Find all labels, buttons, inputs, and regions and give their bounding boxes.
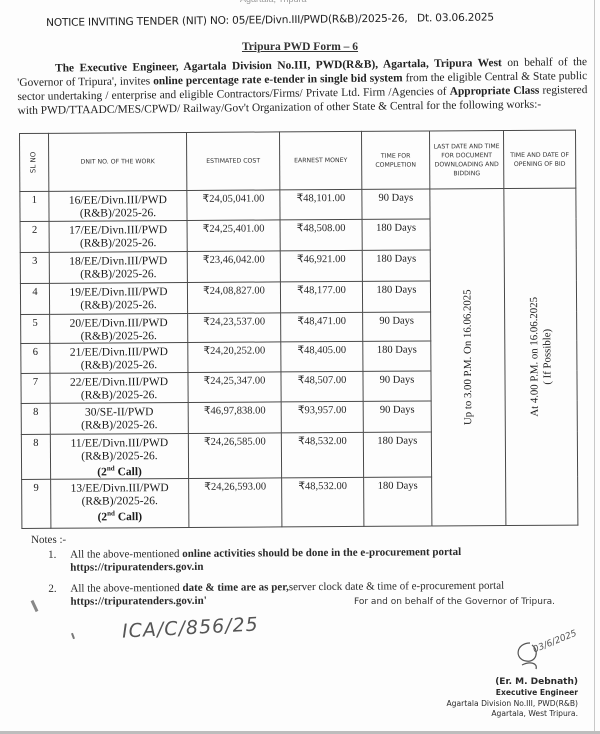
dnit-line: (R&B)/2025-26. xyxy=(51,495,188,508)
header-time-for-completion: TIME FOR COMPLETION xyxy=(361,131,429,189)
cell-sl-no: 2 xyxy=(20,221,49,252)
cell-sl-no: 8 xyxy=(21,403,50,434)
header-estimated-cost: ESTIMATED COST xyxy=(186,132,279,191)
table-row: 116/EE/Divn.III/PWD(R&B)/2025-26.₹24,05,… xyxy=(20,188,576,221)
header-last-date: LAST DATE AND TIME FOR DOCUMENT DOWNLOAD… xyxy=(429,131,503,189)
dnit-line: 16/EE/Divn.III/PWD xyxy=(69,194,167,207)
cell-time: 180 Days xyxy=(364,477,432,526)
cell-sl-no: 1 xyxy=(20,191,49,221)
tender-notice-page: Agartala, Tripura NOTICE INVITING TENDER… xyxy=(0,0,600,734)
note-item: 1. All the above-mentioned online activi… xyxy=(31,545,579,576)
call-label: (2nd Call) xyxy=(51,507,188,524)
cell-time: 180 Days xyxy=(362,219,430,250)
cell-time: 90 Days xyxy=(363,401,431,432)
cell-estimated-cost: ₹23,46,042.00 xyxy=(187,251,280,283)
cell-earnest-money: ₹48,177.00 xyxy=(280,281,362,313)
dnit-line: (R&B)/2025-26. xyxy=(50,267,187,280)
cell-earnest-money: ₹48,471.00 xyxy=(281,312,363,342)
dnit-line: 20/EE/Divn.III/PWD xyxy=(70,317,168,330)
signatory-location: Agartala, West Tripura. xyxy=(446,709,578,720)
dnit-line: (R&B)/2025-26. xyxy=(51,418,188,431)
cell-estimated-cost: ₹24,08,827.00 xyxy=(187,282,280,314)
cell-estimated-cost: ₹24,20,252.00 xyxy=(188,342,281,373)
dnit-line: (R&B)/2025-26. xyxy=(51,388,188,401)
cell-dnit: 30/SE-II/PWD(R&B)/2025-26. xyxy=(50,402,188,434)
works-table: SL NO DNIT NO. OF THE WORK ESTIMATED COS… xyxy=(19,130,578,530)
portal-link[interactable]: https://tripuratenders.gov.in xyxy=(70,561,203,574)
cell-dnit: 11/EE/Divn.III/PWD(R&B)/2025-26.(2nd Cal… xyxy=(50,433,188,479)
cell-estimated-cost: ₹24,25,401.00 xyxy=(187,220,280,252)
cell-opening: At 4.00 P.M. on 16.06.2025( If Possible) xyxy=(504,188,578,526)
form-title: Tripura PWD Form – 6 xyxy=(0,41,600,53)
cell-earnest-money: ₹48,405.00 xyxy=(281,341,363,372)
cell-dnit: 19/EE/Divn.III/PWD(R&B)/2025-26. xyxy=(49,282,187,314)
cell-sl-no: 3 xyxy=(20,252,49,283)
scan-edge xyxy=(594,0,595,734)
nit-title: NOTICE INVITING TENDER (NIT) NO: 05/EE/D… xyxy=(46,12,494,29)
dnit-line: 18/EE/Divn.III/PWD xyxy=(69,255,167,268)
pen-mark xyxy=(71,633,75,639)
note-text: All the above-mentioned xyxy=(70,581,182,594)
signatory-name: (Er. M. Debnath) xyxy=(446,676,578,688)
dnit-line: (R&B)/2025-26. xyxy=(50,298,187,311)
dnit-line: (R&B)/2025-26. xyxy=(50,358,187,371)
handwritten-reference: ICA/C/856/25 xyxy=(122,613,260,642)
header-earnest-money: EARNEST MONEY xyxy=(279,131,361,189)
cell-dnit: 17/EE/Divn.III/PWD(R&B)/2025-26. xyxy=(49,220,187,252)
cell-estimated-cost: ₹24,26,585.00 xyxy=(188,433,281,479)
cell-sl-no: 6 xyxy=(21,343,50,373)
cell-last-date: Up to 3.00 P.M. On 16.06.2025 xyxy=(430,189,506,527)
cell-dnit: 18/EE/Divn.III/PWD(R&B)/2025-26. xyxy=(49,251,187,283)
note-text: All the above-mentioned xyxy=(70,547,182,560)
note-text-bold: date & time are as per, xyxy=(182,581,288,594)
dnit-line: (R&B)/2025-26. xyxy=(51,449,188,462)
dnit-line: 11/EE/Divn.III/PWD xyxy=(71,437,169,450)
cell-sl-no: 5 xyxy=(21,314,50,343)
opening-text: At 4.00 P.M. on 16.06.2025( If Possible) xyxy=(528,297,555,417)
note-text-bold: online activities should be done in the … xyxy=(182,545,461,559)
dnit-line: 19/EE/Divn.III/PWD xyxy=(69,286,167,299)
cutoff-header-text: Agartala, Tripura xyxy=(240,0,307,4)
cell-estimated-cost: ₹24,23,537.00 xyxy=(188,313,281,343)
cell-earnest-money: ₹48,507.00 xyxy=(281,371,363,402)
cell-time: 90 Days xyxy=(362,189,430,219)
intro-tender-type: online percentage rate e-tender in singl… xyxy=(153,72,403,87)
cell-dnit: 20/EE/Divn.III/PWD(R&B)/2025-26. xyxy=(50,313,188,343)
cell-estimated-cost: ₹24,05,041.00 xyxy=(187,190,280,221)
cell-earnest-money: ₹48,532.00 xyxy=(282,478,364,527)
nit-date: Dt. 03.06.2025 xyxy=(417,12,494,25)
cell-time: 180 Days xyxy=(362,250,430,281)
cell-dnit: 16/EE/Divn.III/PWD(R&B)/2025-26. xyxy=(49,190,187,221)
header-dnit: DNIT NO. OF THE WORK xyxy=(49,132,187,191)
header-sl-no: SL NO xyxy=(20,133,49,191)
dnit-line: (R&B)/2025-26. xyxy=(50,329,187,342)
cell-time: 180 Days xyxy=(362,281,430,312)
cell-time: 90 Days xyxy=(363,312,431,341)
signatory-block: (Er. M. Debnath) Executive Engineer Agar… xyxy=(446,676,578,720)
portal-link[interactable]: https://tripuratenders.gov.in' xyxy=(70,595,206,608)
signatory-division: Agartala Division No.III, PWD(R&B) xyxy=(446,699,578,710)
nit-number: NOTICE INVITING TENDER (NIT) NO: 05/EE/D… xyxy=(46,13,408,29)
cell-time: 180 Days xyxy=(363,341,431,371)
note-text: server clock date & time of e-procuremen… xyxy=(289,579,504,593)
cell-estimated-cost: ₹46,97,838.00 xyxy=(188,402,281,434)
cell-dnit: 13/EE/Divn.III/PWD(R&B)/2025-26.(2nd Cal… xyxy=(51,479,189,529)
cell-dnit: 21/EE/Divn.III/PWD(R&B)/2025-26. xyxy=(50,342,188,373)
cell-time: 180 Days xyxy=(363,432,431,478)
cell-earnest-money: ₹48,532.00 xyxy=(281,432,363,478)
cell-sl-no: 9 xyxy=(22,480,51,529)
note-number: 2. xyxy=(48,582,56,596)
cell-sl-no: 7 xyxy=(21,373,50,403)
table-header-row: SL NO DNIT NO. OF THE WORK ESTIMATED COS… xyxy=(20,130,576,191)
header-opening: TIME AND DATE OF OPENING OF BID xyxy=(503,130,575,188)
cell-earnest-money: ₹48,508.00 xyxy=(280,219,362,251)
cell-estimated-cost: ₹24,25,347.00 xyxy=(188,372,281,403)
cell-dnit: 22/EE/Divn.III/PWD(R&B)/2025-26. xyxy=(50,372,188,403)
dnit-line: 13/EE/Divn.III/PWD xyxy=(71,482,169,495)
cell-sl-no: 8 xyxy=(21,434,50,480)
note-number: 1. xyxy=(48,548,56,562)
dnit-line: 30/SE-II/PWD xyxy=(85,406,153,418)
call-label: (2nd Call) xyxy=(51,462,188,479)
cell-earnest-money: ₹93,957.00 xyxy=(281,401,363,433)
intro-paragraph: The Executive Engineer, Agartala Divisio… xyxy=(17,55,588,118)
cell-estimated-cost: ₹24,26,593.00 xyxy=(189,478,282,528)
last-date-text: Up to 3.00 P.M. On 16.06.2025 xyxy=(461,290,475,426)
signatory-designation: Executive Engineer xyxy=(446,688,578,699)
cell-time: 90 Days xyxy=(363,371,431,401)
dnit-line: 21/EE/Divn.III/PWD xyxy=(70,346,168,359)
dnit-line: 17/EE/Divn.III/PWD xyxy=(69,224,167,237)
dnit-line: (R&B)/2025-26. xyxy=(50,236,187,249)
dnit-line: (R&B)/2025-26. xyxy=(49,206,186,219)
cell-sl-no: 4 xyxy=(20,283,49,314)
dnit-line: 22/EE/Divn.III/PWD xyxy=(70,376,168,389)
on-behalf-line: For and on behalf of the Governor of Tri… xyxy=(354,597,555,607)
cell-earnest-money: ₹48,101.00 xyxy=(280,189,362,220)
cell-earnest-money: ₹46,921.00 xyxy=(280,250,362,282)
intro-class: Appropriate Class xyxy=(450,85,540,98)
